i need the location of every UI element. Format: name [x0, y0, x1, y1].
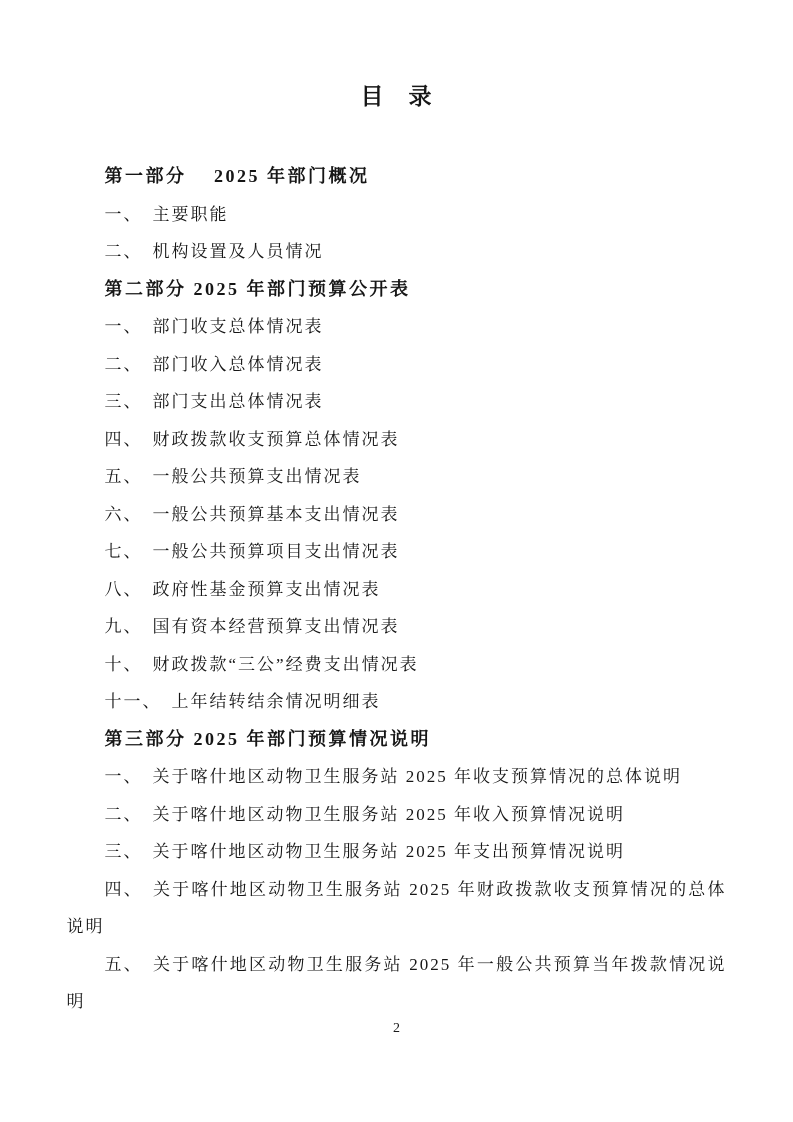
toc-item: 五、关于喀什地区动物卫生服务站 2025 年一般公共预算当年拨款情况说明 — [67, 946, 727, 1021]
toc-item: 五、一般公共预算支出情况表 — [67, 458, 727, 496]
item-text: 财政拨款“三公”经费支出情况表 — [153, 655, 419, 674]
item-text: 关于喀什地区动物卫生服务站 2025 年收入预算情况说明 — [153, 805, 626, 824]
item-number: 九、 — [105, 617, 143, 636]
item-text: 机构设置及人员情况 — [153, 242, 324, 261]
item-text: 关于喀什地区动物卫生服务站 2025 年财政拨款收支预算情况的总体说明 — [67, 880, 727, 937]
toc-item: 三、部门支出总体情况表 — [67, 383, 727, 421]
item-number: 四、 — [105, 880, 143, 899]
item-number: 二、 — [105, 355, 143, 374]
item-number: 二、 — [105, 242, 143, 261]
item-text: 关于喀什地区动物卫生服务站 2025 年一般公共预算当年拨款情况说明 — [67, 955, 727, 1012]
toc-item: 九、国有资本经营预算支出情况表 — [67, 608, 727, 646]
item-number: 二、 — [105, 805, 143, 824]
toc-content: 第一部分 2025 年部门概况一、主要职能二、机构设置及人员情况第二部分 202… — [67, 158, 727, 1021]
toc-item: 四、关于喀什地区动物卫生服务站 2025 年财政拨款收支预算情况的总体说明 — [67, 871, 727, 946]
item-number: 五、 — [105, 955, 143, 974]
item-text: 上年结转结余情况明细表 — [172, 692, 381, 711]
toc-item: 六、一般公共预算基本支出情况表 — [67, 496, 727, 534]
document-page: 目 录 第一部分 2025 年部门概况一、主要职能二、机构设置及人员情况第二部分… — [0, 0, 793, 1122]
item-text: 部门收入总体情况表 — [153, 355, 324, 374]
item-number: 一、 — [105, 205, 143, 224]
page-title: 目 录 — [0, 84, 793, 110]
toc-item: 一、主要职能 — [67, 196, 727, 234]
page-number: 2 — [0, 1014, 793, 1044]
toc-item: 一、部门收支总体情况表 — [67, 308, 727, 346]
item-text: 政府性基金预算支出情况表 — [153, 580, 381, 599]
item-text: 一般公共预算支出情况表 — [153, 467, 362, 486]
item-text: 国有资本经营预算支出情况表 — [153, 617, 400, 636]
section-heading: 第二部分 2025 年部门预算公开表 — [67, 271, 727, 309]
toc-item: 三、关于喀什地区动物卫生服务站 2025 年支出预算情况说明 — [67, 833, 727, 871]
toc-item: 二、关于喀什地区动物卫生服务站 2025 年收入预算情况说明 — [67, 796, 727, 834]
item-number: 十一、 — [105, 692, 162, 711]
toc-item: 七、一般公共预算项目支出情况表 — [67, 533, 727, 571]
toc-item: 一、关于喀什地区动物卫生服务站 2025 年收支预算情况的总体说明 — [67, 758, 727, 796]
toc-item: 十、财政拨款“三公”经费支出情况表 — [67, 646, 727, 684]
section-heading: 第三部分 2025 年部门预算情况说明 — [67, 721, 727, 759]
item-number: 七、 — [105, 542, 143, 561]
section-heading: 第一部分 2025 年部门概况 — [67, 158, 727, 196]
item-text: 部门支出总体情况表 — [153, 392, 324, 411]
item-number: 五、 — [105, 467, 143, 486]
item-text: 关于喀什地区动物卫生服务站 2025 年支出预算情况说明 — [153, 842, 626, 861]
item-number: 十、 — [105, 655, 143, 674]
toc-item: 二、机构设置及人员情况 — [67, 233, 727, 271]
item-number: 一、 — [105, 317, 143, 336]
item-number: 四、 — [105, 430, 143, 449]
item-text: 主要职能 — [153, 205, 229, 224]
item-number: 三、 — [105, 392, 143, 411]
item-number: 三、 — [105, 842, 143, 861]
toc-item: 十一、上年结转结余情况明细表 — [67, 683, 727, 721]
item-text: 部门收支总体情况表 — [153, 317, 324, 336]
item-text: 财政拨款收支预算总体情况表 — [153, 430, 400, 449]
item-text: 一般公共预算项目支出情况表 — [153, 542, 400, 561]
toc-item: 二、部门收入总体情况表 — [67, 346, 727, 384]
item-text: 一般公共预算基本支出情况表 — [153, 505, 400, 524]
item-number: 八、 — [105, 580, 143, 599]
item-number: 六、 — [105, 505, 143, 524]
toc-item: 四、财政拨款收支预算总体情况表 — [67, 421, 727, 459]
toc-item: 八、政府性基金预算支出情况表 — [67, 571, 727, 609]
item-number: 一、 — [105, 767, 143, 786]
item-text: 关于喀什地区动物卫生服务站 2025 年收支预算情况的总体说明 — [153, 767, 683, 786]
